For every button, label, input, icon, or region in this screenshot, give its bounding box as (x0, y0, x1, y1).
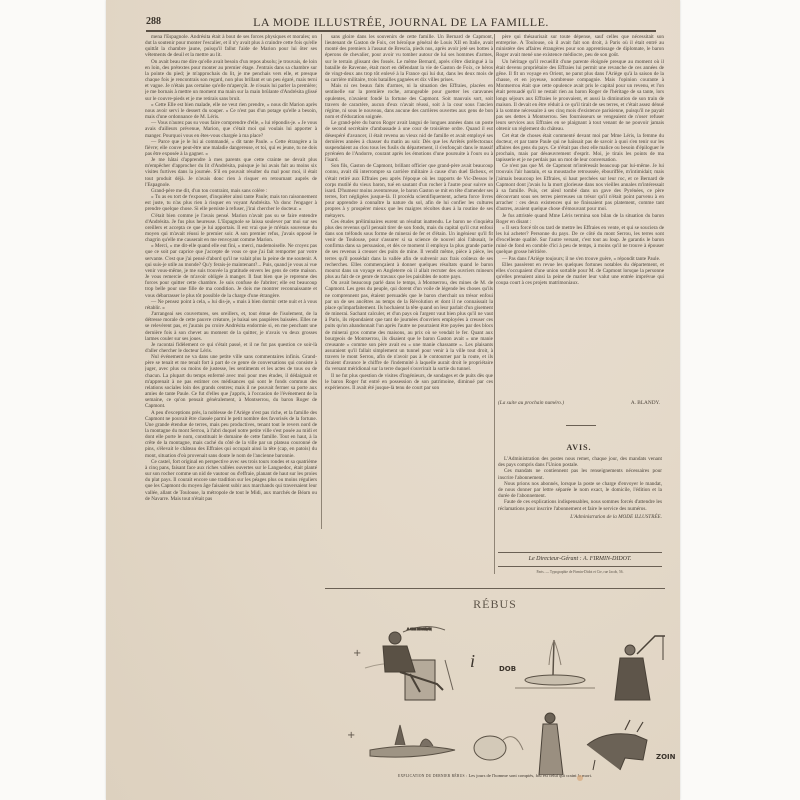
rebus-letter-i: i (470, 651, 475, 672)
ox-icon (587, 720, 647, 770)
paragraph: Je fus attristée quand Mme Léris termina… (496, 213, 664, 225)
paragraph: « Il sera forcé tôt ou tard de mettre le… (496, 225, 664, 256)
author-name: A. BLANDY. (631, 400, 660, 406)
avis-title: AVIS. (498, 443, 660, 452)
avis-signature: L'Administration de la MODE ILLUSTRÉE. (498, 514, 662, 520)
plus-sign: + (353, 648, 361, 659)
explication-text: Les jours de l'homme sont comptés, fou e… (468, 773, 592, 778)
plus-sign: + (347, 730, 355, 741)
paragraph: Cet état de choses était commenté devant… (496, 133, 664, 164)
seated-man-icon: A CHE MOSINAN (365, 626, 453, 700)
paragraph: C'était bien comme je l'avais pensé. Mar… (145, 213, 317, 244)
paragraph: Je me hâtai d'apprendre à mes parents qu… (145, 157, 317, 188)
bowl-icon (474, 736, 523, 760)
column-divider (321, 34, 322, 529)
paragraph: Nul événement ne va dans une petite vill… (145, 354, 317, 409)
paragraph: Je racontai fidèlement ce qui s'était pa… (145, 342, 317, 354)
paper-stain (577, 775, 583, 781)
director-rule-bottom (498, 566, 662, 567)
printer-line: Paris. — Typographie de Firmin-Didot et … (498, 570, 662, 574)
rebus-rule (325, 588, 665, 589)
text-column-1: mena l'Espagnole. Andrésita était à bout… (145, 34, 317, 794)
paragraph: Ce castel, fort original en perspective … (145, 459, 317, 502)
director-rule-top (498, 552, 662, 553)
rebus-illustrations-icon: A CHE MOSINAN (325, 610, 665, 775)
avis-paragraph: Faute de ces explications indispensables… (498, 499, 662, 511)
continuation-note: (La suite au prochain numéro.) (498, 400, 564, 406)
paragraph: « Tu as eu tort de t'exposer, d'inquiéte… (145, 194, 317, 212)
paragraph: « Cette Elle est bien malade, elle ne ve… (145, 102, 317, 120)
column-divider (494, 34, 495, 574)
avis-paragraph: Nous prions nos abonnés, lorsque la post… (498, 481, 662, 500)
journal-title: LA MODE ILLUSTRÉE, JOURNAL DE LA FAMILLE… (146, 15, 656, 30)
paragraph: — Vous n'aurez pas su vous faire compren… (145, 120, 317, 138)
header-rule (146, 30, 656, 32)
paragraph: Elles passèrent en revue les quelques fo… (496, 262, 664, 287)
paragraph: — Ne pensez point à cela, » lui dis-je, … (145, 299, 317, 311)
fountain-icon (515, 640, 595, 688)
explication-label: EXPLICATION DU DERNIER RÉBUS : (398, 774, 467, 778)
woman-icon (539, 713, 563, 775)
rebus-explication: EXPLICATION DU DERNIER RÉBUS : Les jours… (325, 773, 665, 778)
lake-trees-icon (370, 725, 455, 757)
paragraph: Le grand-père du baron Roger avait langu… (325, 120, 493, 163)
paragraph: Mais ni ces beaux faits d'armes, ni la s… (325, 83, 493, 120)
rebus-word-dob: DOB (499, 665, 516, 673)
monk-icon (615, 636, 665, 700)
paragraph: sans gloire dans les souvenirs de cette … (325, 34, 493, 83)
rebus-panel: A CHE MOSINAN (325, 610, 665, 775)
paragraph: — Parce que je le lui ai commandé, » dit… (145, 139, 317, 157)
svg-text:A CHE MOSINAN: A CHE MOSINAN (407, 627, 432, 631)
paragraph: Ce n'est pas que M. de Capmont m'intéres… (496, 163, 664, 212)
paragraph: On avait beaucoup parlé dans le temps, à… (325, 280, 493, 372)
director-line: Le Directeur-Gérant : A. FIRMIN-DIDOT. (498, 556, 662, 562)
rebus-word-zoin: ZOIN (656, 753, 676, 761)
text-column-2: sans gloire dans les souvenirs de cette … (325, 34, 493, 586)
avis-paragraph: L'Administration des postes nous remet, … (498, 456, 662, 468)
section-rule (566, 425, 596, 426)
newspaper-page: 288 LA MODE ILLUSTRÉE, JOURNAL DE LA FAM… (106, 0, 680, 800)
paragraph: J'arrangeai ses couvertures, ses oreille… (145, 311, 317, 342)
paragraph: Son fils, Gaston de Capmont, brillant of… (325, 163, 493, 218)
avis-notice: L'Administration des postes nous remet, … (498, 456, 662, 520)
paragraph: On avait beau me dire qu'elle avait beso… (145, 59, 317, 102)
text-column-3: père qui thésaurisait sur toute dépense,… (496, 34, 664, 419)
avis-paragraph: Ces mandats ne contiennent pas les rense… (498, 468, 662, 480)
paragraph: — Pas dans l'Ariège toujours; il ne s'en… (496, 256, 664, 262)
paragraph: mena l'Espagnole. Andrésita était à bout… (145, 34, 317, 59)
paragraph: Ces études préliminaires eurent un résul… (325, 219, 493, 281)
paragraph: Il ne fut plus question de visites d'ing… (325, 373, 493, 391)
story-signoff: (La suite au prochain numéro.) A. BLANDY… (498, 400, 660, 406)
paragraph: A peu d'exceptions près, la noblesse de … (145, 410, 317, 459)
paragraph: Un héritage qu'il recueillit d'une paren… (496, 59, 664, 133)
paragraph: père qui thésaurisait sur toute dépense,… (496, 34, 664, 59)
paragraph: « Merci, » me dit-elle quand elle eut fi… (145, 243, 317, 298)
